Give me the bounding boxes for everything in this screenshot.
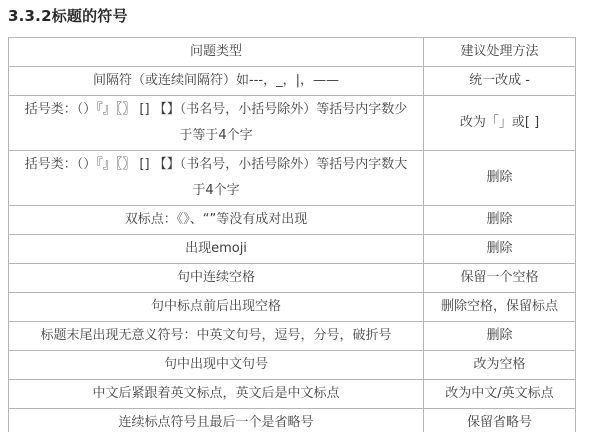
table-row: 出现emoji删除 bbox=[9, 235, 576, 264]
table-row: 双标点：《》、“”等没有成对出现删除 bbox=[9, 206, 576, 235]
problem-type-cell: 出现emoji bbox=[9, 235, 424, 264]
suggested-action-cell: 删除空格，保留标点 bbox=[424, 293, 576, 322]
suggested-action-cell: 保留省略号 bbox=[424, 409, 576, 432]
suggested-action-cell: 改为空格 bbox=[424, 351, 576, 380]
table-row: 连续标点符号且最后一个是省略号保留省略号 bbox=[9, 409, 576, 432]
table-header-row: 问题类型 建议处理方法 bbox=[9, 38, 576, 67]
problem-type-cell: 中文后紧跟着英文标点，英文后是中文标点 bbox=[9, 380, 424, 409]
section-heading: 3.3.2标题的符号 bbox=[8, 6, 592, 26]
table-row: 括号类：（）『』〖〗 [] 【】（书名号，小括号除外）等括号内字数大于4个字删除 bbox=[9, 151, 576, 206]
table-row: 句中出现中文句号改为空格 bbox=[9, 351, 576, 380]
problem-type-cell: 句中标点前后出现空格 bbox=[9, 293, 424, 322]
column-header-suggested-action: 建议处理方法 bbox=[424, 38, 576, 67]
table-row: 句中连续空格保留一个空格 bbox=[9, 264, 576, 293]
problem-type-cell: 间隔符（或连续间隔符）如---，_，|，—— bbox=[9, 67, 424, 96]
suggested-action-cell: 删除 bbox=[424, 206, 576, 235]
suggested-action-cell: 改为「」或[ ] bbox=[424, 96, 576, 151]
suggested-action-cell: 改为中文/英文标点 bbox=[424, 380, 576, 409]
suggested-action-cell: 保留一个空格 bbox=[424, 264, 576, 293]
table-row: 句中标点前后出现空格删除空格，保留标点 bbox=[9, 293, 576, 322]
column-header-problem-type: 问题类型 bbox=[9, 38, 424, 67]
problem-type-cell: 连续标点符号且最后一个是省略号 bbox=[9, 409, 424, 432]
problem-type-cell: 双标点：《》、“”等没有成对出现 bbox=[9, 206, 424, 235]
suggested-action-cell: 统一改成 - bbox=[424, 67, 576, 96]
table-header: 问题类型 建议处理方法 bbox=[9, 38, 576, 67]
table-row: 括号类：（）『』〖〗 [] 【】（书名号，小括号除外）等括号内字数少于等于4个字… bbox=[9, 96, 576, 151]
suggested-action-cell: 删除 bbox=[424, 151, 576, 206]
table-row: 间隔符（或连续间隔符）如---，_，|，——统一改成 - bbox=[9, 67, 576, 96]
suggested-action-cell: 删除 bbox=[424, 235, 576, 264]
problem-type-cell: 句中出现中文句号 bbox=[9, 351, 424, 380]
table-body: 间隔符（或连续间隔符）如---，_，|，——统一改成 -括号类：（）『』〖〗 [… bbox=[9, 67, 576, 432]
problem-type-cell: 标题末尾出现无意义符号：中英文句号，逗号，分号，破折号 bbox=[9, 322, 424, 351]
table-row: 中文后紧跟着英文标点，英文后是中文标点改为中文/英文标点 bbox=[9, 380, 576, 409]
problem-type-cell: 括号类：（）『』〖〗 [] 【】（书名号，小括号除外）等括号内字数少于等于4个字 bbox=[9, 96, 424, 151]
document-page: 3.3.2标题的符号 问题类型 建议处理方法 间隔符（或连续间隔符）如---，_… bbox=[0, 0, 600, 432]
problem-type-cell: 句中连续空格 bbox=[9, 264, 424, 293]
punctuation-rules-table: 问题类型 建议处理方法 间隔符（或连续间隔符）如---，_，|，——统一改成 -… bbox=[8, 37, 576, 432]
suggested-action-cell: 删除 bbox=[424, 322, 576, 351]
table-row: 标题末尾出现无意义符号：中英文句号，逗号，分号，破折号删除 bbox=[9, 322, 576, 351]
problem-type-cell: 括号类：（）『』〖〗 [] 【】（书名号，小括号除外）等括号内字数大于4个字 bbox=[9, 151, 424, 206]
